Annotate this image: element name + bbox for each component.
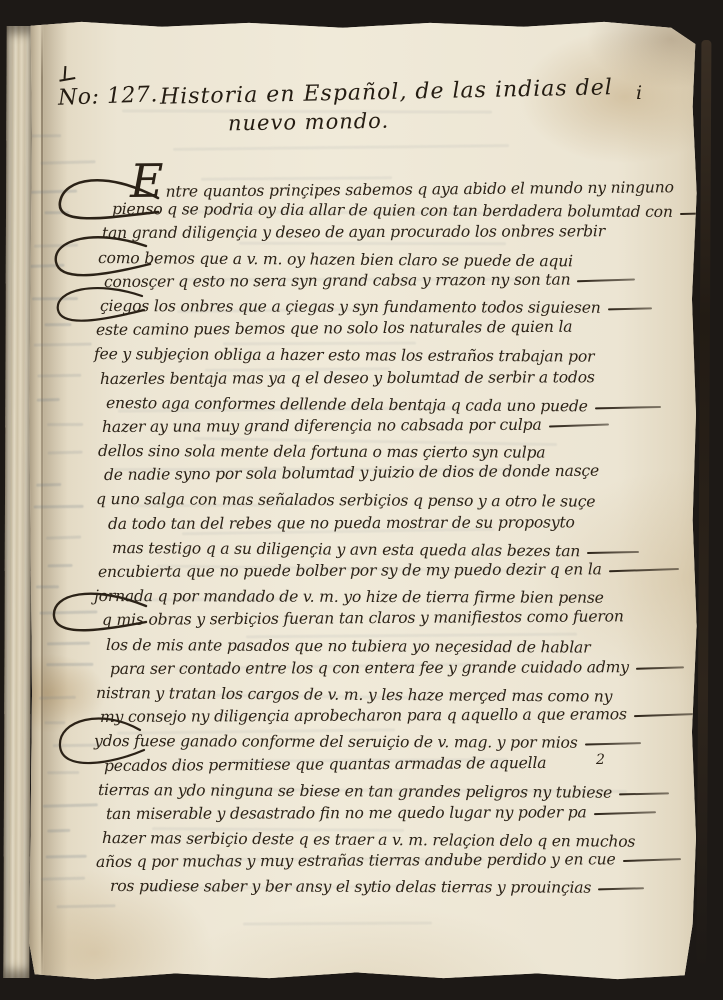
show-through-streak [39, 696, 76, 700]
manuscript-line: conosçer q esto no sera syn grand cabsa … [104, 270, 710, 297]
show-through-streak [46, 663, 93, 666]
manuscript-line: años q por muchas y muy estrañas tierras… [96, 850, 702, 877]
manuscript-line: de nadie syno por sola bolumtad y juizio… [104, 461, 710, 490]
manuscript-line: encubierta que no puede bolber por sy de… [98, 560, 704, 587]
show-through-streak [41, 160, 96, 165]
show-through-streak [46, 855, 87, 859]
show-through-streak [44, 721, 65, 724]
show-through-streak [47, 829, 70, 833]
manuscript-line: tan miserable y desastrado fin no me que… [106, 803, 712, 829]
manuscript-page: No: 127. Historia en Español, de las ind… [28, 20, 698, 982]
show-through-streak [46, 536, 81, 540]
manuscript-line: tan grand diligençia y deseo de ayan pro… [102, 222, 708, 248]
show-through-streak [47, 771, 79, 774]
manuscript-line: ros pudiese saber y ber ansy el sytio de… [110, 877, 716, 903]
manuscript-line: para ser contado entre los q con entera … [110, 658, 716, 684]
text-block: Entre quantos prinçipes sabemos q aya ab… [92, 176, 698, 902]
show-through-streak [173, 144, 509, 151]
manuscript-line: hazerles bentaja mas ya q el deseo y bol… [100, 367, 706, 393]
show-through-streak [36, 585, 59, 588]
show-through-streak [44, 211, 69, 214]
gutter-shadow [28, 20, 86, 982]
show-through-streak [48, 564, 73, 568]
show-through-streak [30, 134, 61, 137]
show-through-streak [32, 297, 78, 300]
folio-number: i [636, 82, 642, 104]
show-through-streak [57, 904, 116, 908]
show-through-streak [41, 877, 85, 881]
show-through-streak [37, 374, 81, 378]
show-through-streak [47, 642, 90, 646]
page-title-line2: nuevo mondo. [228, 109, 390, 136]
show-through-streak [36, 483, 61, 487]
manuscript-line: pecados dios permitiese que quantas arma… [104, 752, 710, 780]
gutter-crease [41, 20, 43, 982]
show-through-streak [29, 264, 64, 268]
gutter-leaf-edges [3, 26, 32, 978]
manuscript-line: Entre quantos prinçipes sabemos q aya ab… [130, 171, 723, 200]
catalog-number: No: 127. [58, 82, 159, 110]
manuscript-line: da todo tan del rebes que no pueda mostr… [108, 513, 714, 539]
manuscript-line: hazer ay una muy grand diferençia no cab… [102, 415, 708, 442]
manuscript-scan: No: 127. Historia en Español, de las ind… [0, 0, 723, 1000]
manuscript-line: q mis obras y serbiçios fueran tan claro… [102, 607, 708, 635]
page-title-line1: Historia en Español, de las indias del [160, 75, 613, 109]
book-block-edge [697, 40, 712, 970]
show-through-streak [243, 921, 432, 925]
catalog-tick-mark [64, 66, 67, 79]
show-through-streak [39, 610, 97, 614]
show-through-streak [29, 190, 77, 194]
show-through-streak [43, 803, 98, 807]
show-through-streak [47, 423, 83, 426]
show-through-streak [48, 451, 83, 455]
manuscript-line: este camino pues bemos que no solo los n… [96, 317, 702, 345]
manuscript-line: my consejo ny diligençia aprobecharon pa… [100, 705, 706, 732]
quire-mark: 2 [596, 752, 605, 768]
show-through-streak [44, 323, 71, 326]
